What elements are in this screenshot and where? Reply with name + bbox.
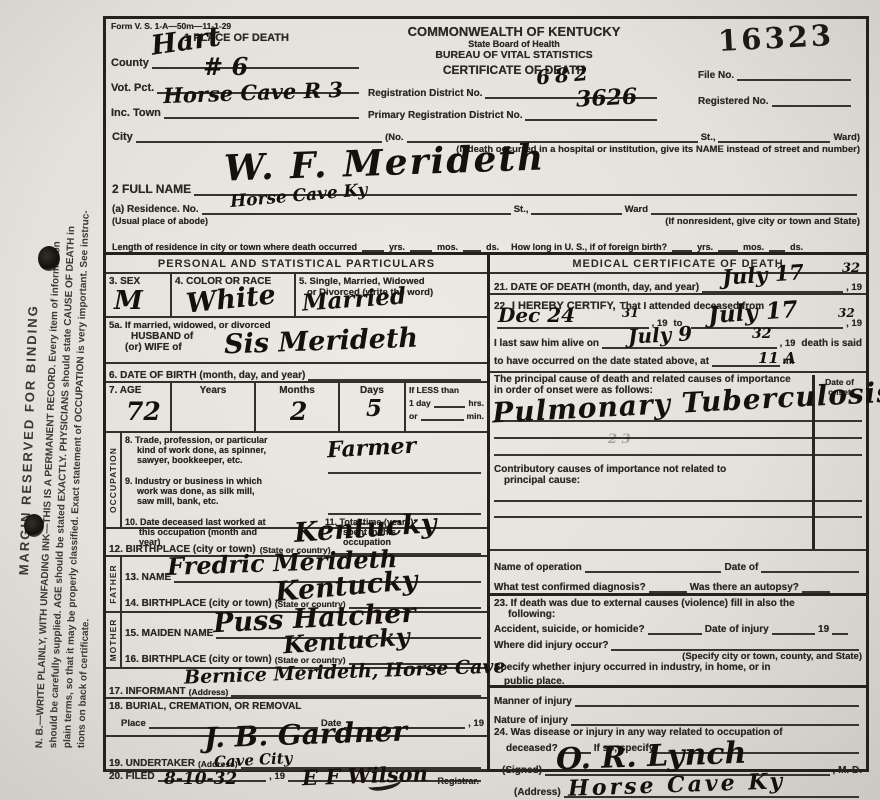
header-left: Form V. S. 1-A—50m—11-1-29 1 PLACE OF DE…	[106, 19, 364, 125]
marital-cell: 5. Single, Married, Widowed or Divorced …	[296, 274, 487, 316]
vot-pct-label: Vot. Pct.	[111, 82, 154, 94]
accident-label: Accident, suicide, or homicide?	[494, 624, 645, 635]
less-or: or	[409, 411, 418, 421]
undertaker-address-handwritten: Cave City	[214, 751, 293, 770]
where-injury-blank	[611, 640, 859, 651]
commonwealth-title: COMMONWEALTH OF KENTUCKY	[364, 24, 664, 39]
length-mos-blank	[410, 241, 432, 252]
sex-color-marital-row: 3. SEX M 4. COLOR OR RACE White 5. Singl…	[106, 274, 487, 318]
nature-row: Nature of injury	[490, 707, 866, 726]
inc-town-label: Inc. Town	[111, 107, 161, 119]
primary-registration-handwritten: 3626	[575, 85, 637, 110]
registered-no-row: Registered No.	[698, 81, 854, 107]
registered-no-label: Registered No.	[698, 96, 769, 107]
less-hrs-blank	[434, 397, 466, 408]
manner-blank	[575, 696, 859, 707]
margin-nb-line-4: tions on back of certificate.	[76, 619, 92, 749]
mother-maiden-label: 15. MAIDEN NAME	[125, 628, 213, 639]
operation-label: Name of operation	[494, 562, 582, 573]
father-side-label: FATHER	[108, 564, 118, 603]
test-autopsy-row: What test confirmed diagnosis? Was there…	[490, 573, 866, 596]
bureau-subtitle: BUREAU OF VITAL STATISTICS	[364, 49, 664, 61]
residence-row: (a) Residence. No. St., Ward Horse Cave …	[106, 196, 866, 234]
city-st-label: St.,	[701, 132, 716, 143]
injury-date-label: Date of injury	[705, 624, 769, 635]
length-of-residence-row: Length of residence in city or town wher…	[106, 234, 866, 255]
date-of-death-handwritten: July 17	[721, 261, 804, 288]
occupation-side-label: OCCUPATION	[108, 447, 118, 513]
burial-19: , 19	[468, 718, 484, 729]
where-injury-label: Where did injury occur?	[494, 640, 608, 651]
informant-row: 17. INFORMANT (Address) Bernice Merideth…	[106, 669, 487, 699]
registered-no-blank	[772, 96, 851, 107]
scanned-death-certificate: MARGIN RESERVED FOR BINDING N. B.—WRITE …	[0, 0, 880, 800]
father-side-cell: FATHER	[106, 557, 122, 611]
date-of-birth-row: 6. DATE OF BIRTH (month, day, and year)	[106, 364, 487, 383]
specify-label-2: public place.	[494, 676, 565, 687]
spouse-row: 5a. If married, widowed, or divorced HUS…	[106, 318, 487, 364]
burial-place-label: Place	[121, 718, 146, 729]
length-yrs2: yrs.	[697, 242, 713, 252]
city-st-blank	[718, 132, 830, 143]
registrar-signature-handwritten: E F Wilson	[302, 763, 428, 788]
manner-label: Manner of injury	[494, 696, 572, 707]
personal-title: PERSONAL AND STATISTICAL PARTICULARS	[106, 255, 487, 274]
form-number: Form V. S. 1-A—50m—11-1-29	[111, 21, 362, 31]
attended-to-handwritten: July 17	[707, 298, 798, 327]
months-header: Months	[259, 385, 335, 396]
signed-label: (Signed)	[502, 765, 542, 776]
where-injury-sublabel: (Specify city or town, county, and State…	[494, 651, 862, 662]
occupation-side-cell: OCCUPATION	[106, 433, 122, 527]
registration-district-label: Registration District No.	[368, 88, 482, 99]
city-ward-label: Ward)	[833, 132, 860, 143]
filed-date-handwritten: 8-10-32	[164, 771, 237, 788]
state-board-subtitle: State Board of Health	[364, 39, 664, 49]
age-months-handwritten: 2	[290, 399, 307, 424]
city-blank	[136, 132, 382, 143]
date-of-death-label: 21. DATE OF DEATH (month, day, and year)	[494, 282, 699, 293]
sex-cell: 3. SEX M	[106, 274, 172, 316]
faint-pencil-mark: 2 3	[608, 433, 631, 446]
inc-town-blank-line	[164, 108, 359, 119]
age-label: 7. AGE	[109, 385, 167, 396]
relation-label-1: 24. Was disease or injury in any way rel…	[494, 727, 862, 738]
informant-label: 17. INFORMANT	[109, 686, 186, 697]
less-than-day-cell: If LESS than 1 day hrs. or min.	[404, 383, 487, 431]
medical-certificate-column: MEDICAL CERTIFICATE OF DEATH 21. DATE OF…	[490, 255, 866, 769]
undertaker-label: 19. UNDERTAKER	[109, 758, 195, 769]
contributory-label-1: Contributory causes of importance not re…	[494, 464, 862, 475]
date-of-death-year-handwritten: 32	[842, 262, 860, 275]
last-saw-19: , 19	[780, 338, 796, 349]
death-said-label: death is said	[801, 338, 862, 349]
attended-to-year-handwritten: 32	[838, 307, 855, 319]
filed-label: 20. FILED	[109, 771, 155, 782]
file-no-label: File No.	[698, 70, 734, 81]
trade-blank	[328, 463, 481, 474]
industry-label-1: 9. Industry or business in which	[125, 476, 325, 486]
sex-handwritten: M	[114, 288, 143, 314]
vot-pct-handwritten-value: # 6	[203, 55, 248, 79]
operation-row: Name of operation Date of	[490, 551, 866, 573]
serial-number-stamp: 16323	[697, 17, 855, 59]
county-blank-line	[152, 58, 359, 69]
length-ds2: ds.	[790, 242, 803, 252]
informant-sublabel: (Address)	[189, 687, 229, 697]
test-label: What test confirmed diagnosis?	[494, 582, 646, 593]
age-row: 7. AGE 72 Years Months 2 Days 5	[106, 383, 487, 433]
residence-sublabel: (Usual place of abode)	[112, 216, 208, 227]
manner-row: Manner of injury	[490, 688, 866, 707]
attended-from-year-handwritten: 31	[622, 307, 639, 319]
external-causes-block: 23. If death was due to external causes …	[490, 596, 866, 688]
birthplace-handwritten: Kentucky	[293, 510, 437, 547]
operation-date-label: Date of	[724, 562, 758, 573]
date-of-death-19: , 19	[846, 282, 862, 293]
full-name-row: 2 FULL NAME W. F. Merideth	[106, 159, 866, 196]
ink-blot	[38, 246, 60, 271]
spouse-handwritten: Sis Merideth	[224, 325, 419, 359]
length-yrs-blank	[362, 241, 384, 252]
mother-birthplace-handwritten: Kentucky	[282, 625, 410, 658]
autopsy-blank	[802, 582, 831, 593]
contributory-label-2: principal cause:	[494, 475, 862, 486]
cause-of-death-block: The principal cause of death and related…	[490, 373, 866, 551]
length-mos2: mos.	[743, 242, 764, 252]
medical-title: MEDICAL CERTIFICATE OF DEATH	[490, 255, 866, 274]
length-label: Length of residence in city or town wher…	[112, 242, 357, 252]
last-saw-label: I last saw him alive on	[494, 338, 599, 349]
residence-st-blank	[531, 204, 621, 215]
md-label: , M. D.	[833, 765, 862, 776]
inc-town-row: Inc. Town Horse Cave R 3	[111, 94, 362, 119]
years-header: Years	[175, 385, 251, 396]
residence-nonresident-note: (If nonresident, give city or town and S…	[665, 216, 860, 227]
certificate-form: Form V. S. 1-A—50m—11-1-29 1 PLACE OF DE…	[103, 16, 869, 772]
test-blank	[649, 582, 687, 593]
city-label: City	[112, 131, 133, 143]
header-center: COMMONWEALTH OF KENTUCKY State Board of …	[364, 19, 664, 125]
filed-19: , 19	[269, 771, 285, 782]
residence-st-label: St.,	[514, 204, 529, 215]
less-label-2: 1 day	[409, 398, 431, 408]
date-of-birth-label: 6. DATE OF BIRTH (month, day, and year)	[109, 370, 305, 381]
date-of-death-row: 21. DATE OF DEATH (month, day, and year)…	[490, 274, 866, 295]
external-label-1: 23. If death was due to external causes …	[494, 598, 862, 609]
inc-town-handwritten-value: Horse Cave R 3	[163, 79, 344, 106]
less-min-blank	[421, 410, 464, 421]
father-name-label: 13. NAME	[125, 572, 171, 583]
operation-date-blank	[761, 562, 859, 573]
less-hrs: hrs.	[468, 398, 484, 408]
county-label: County	[111, 57, 149, 69]
cause-line-3	[494, 439, 862, 456]
form-header: Form V. S. 1-A—50m—11-1-29 1 PLACE OF DE…	[106, 19, 866, 125]
age-days-handwritten: 5	[366, 397, 382, 420]
file-no-row: File No.	[698, 55, 854, 81]
full-name-handwritten: W. F. Merideth	[223, 139, 545, 186]
injury-year-blank	[832, 624, 848, 635]
contributory-line-2	[494, 502, 862, 518]
injury-19: 19	[818, 624, 829, 635]
trade-label-3: sawyer, bookkeeper, etc.	[125, 455, 325, 465]
undertaker-handwritten: J. B. Gardner	[204, 717, 408, 752]
primary-registration-label: Primary Registration District No.	[368, 110, 522, 121]
trade-label-1: 8. Trade, profession, or particular	[125, 435, 325, 445]
undertaker-row: 19. UNDERTAKER (Address) J. B. Gardner C…	[106, 737, 487, 771]
full-name-label: 2 FULL NAME	[112, 182, 191, 196]
residence-ward-label: Ward	[625, 204, 648, 215]
mother-side-cell: MOTHER	[106, 613, 122, 667]
length-mos: mos.	[437, 242, 458, 252]
certificate-title: CERTIFICATE OF DEATH	[364, 63, 664, 77]
physician-address-handwritten: Horse Cave Ky	[568, 770, 786, 800]
age-cell: 7. AGE 72	[106, 383, 170, 431]
mother-side-label: MOTHER	[108, 619, 118, 662]
informant-blank	[231, 686, 481, 697]
age-days-cell: Days 5	[338, 383, 404, 431]
header-right: 16323 File No. Registered No.	[664, 19, 866, 125]
filed-row: 20. FILED , 19 8-10-32 E F Wilson Regist…	[106, 771, 487, 786]
trade-handwritten: Farmer	[326, 435, 416, 462]
industry-label-3: saw mill, bank, etc.	[125, 496, 325, 506]
length-ds2-blank	[769, 241, 785, 252]
external-label-2: following:	[494, 609, 862, 620]
length-mos2-blank	[718, 241, 738, 252]
length-ds: ds.	[486, 242, 499, 252]
injury-date-blank	[772, 624, 815, 635]
length-us-label: How long in U. S., if of foreign birth?	[511, 242, 667, 252]
age-years-handwritten: 72	[126, 399, 161, 424]
operation-blank	[585, 562, 722, 573]
accident-blank	[648, 624, 702, 635]
death-hour-handwritten: 11 A	[758, 351, 796, 366]
burial-label: 18. BURIAL, CREMATION, OR REMOVAL	[109, 701, 484, 712]
color-race-handwritten: White	[185, 281, 277, 317]
attended-from-handwritten: Dec 24	[498, 305, 575, 325]
registration-district-handwritten: 682	[535, 63, 593, 88]
less-min: min.	[467, 411, 484, 421]
certify-block: 22. I HEREBY CERTIFY, That I attended de…	[490, 295, 866, 373]
residence-label: (a) Residence. No.	[112, 204, 199, 215]
occurred-label: to have occurred on the date stated abov…	[494, 356, 709, 367]
file-no-blank	[737, 70, 851, 81]
ink-blot	[24, 514, 44, 537]
age-months-cell: Months 2	[254, 383, 338, 431]
date-of-birth-blank	[308, 370, 481, 381]
length-yrs: yrs.	[389, 242, 405, 252]
contributory-line-1	[494, 486, 862, 502]
age-years-cell: Years	[170, 383, 254, 431]
trade-label-2: kind of work done, as spinner,	[125, 445, 325, 455]
registrar-label: Registrar.	[437, 776, 479, 786]
nature-blank	[571, 715, 859, 726]
autopsy-label: Was there an autopsy?	[690, 582, 799, 593]
color-race-cell: 4. COLOR OR RACE White	[172, 274, 296, 316]
relation-label-2: deceased?	[506, 743, 558, 754]
last-saw-year-handwritten: 32	[752, 327, 771, 341]
occupation-relation-block: 24. Was disease or injury in any way rel…	[490, 726, 866, 799]
specify-label-1: Specify whether injury occurred in indus…	[494, 662, 862, 673]
last-saw-handwritten: July 9	[628, 323, 693, 346]
length-yrs2-blank	[672, 241, 692, 252]
marital-handwritten: Married	[301, 284, 406, 314]
nature-label: Nature of injury	[494, 715, 568, 726]
personal-particulars-column: PERSONAL AND STATISTICAL PARTICULARS 3. …	[106, 255, 490, 769]
residence-ward-blank	[651, 204, 857, 215]
industry-label-2: work was done, as silk mill,	[125, 486, 325, 496]
length-ds-blank	[463, 241, 481, 252]
less-label-1: If LESS than	[409, 385, 484, 395]
trade-row: 8. Trade, profession, or particular kind…	[125, 435, 484, 474]
address-label: (Address)	[514, 787, 561, 798]
primary-registration-row: Primary Registration District No. 3626	[364, 99, 664, 121]
